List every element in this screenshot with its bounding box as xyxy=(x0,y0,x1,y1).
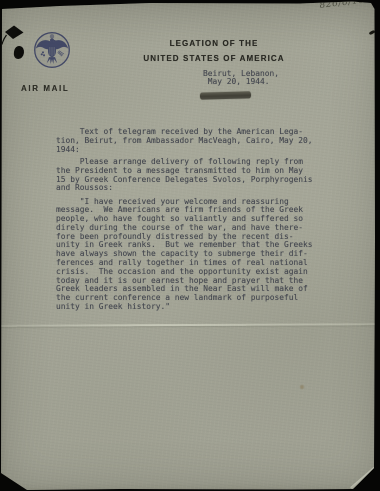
redaction-mark xyxy=(200,91,251,99)
corner-fold-edge xyxy=(350,467,375,489)
letterhead: LEGATION OF THE UNITED STATES OF AMERICA xyxy=(104,40,324,63)
fold-crease xyxy=(0,323,380,327)
air-mail-label: AIR MAIL xyxy=(21,84,69,93)
paragraph-telegram-intro: Text of telegram received by the America… xyxy=(56,128,313,154)
ink-blot-icon xyxy=(13,45,24,59)
paper-stain xyxy=(300,385,304,389)
letterhead-line1: LEGATION OF THE xyxy=(104,40,324,48)
dateline: Beirut, Lebanon, May 20, 1944. xyxy=(203,70,279,88)
paragraph-president-message: "I have received your welcome and reassu… xyxy=(56,198,313,312)
letterhead-line2: UNITED STATES OF AMERICA xyxy=(104,55,324,63)
us-great-seal-icon xyxy=(33,31,71,69)
edge-ink-speck xyxy=(369,30,376,35)
paper-sheet: 826/6/103 AIR MAIL LEGATION OF THE UNITE… xyxy=(0,0,380,491)
paragraph-delivery-instruction: Please arrange delivery of following rep… xyxy=(56,158,313,193)
archive-number-annotation: 826/6/103 xyxy=(319,0,380,11)
ink-mark-diamond-icon xyxy=(1,23,28,50)
